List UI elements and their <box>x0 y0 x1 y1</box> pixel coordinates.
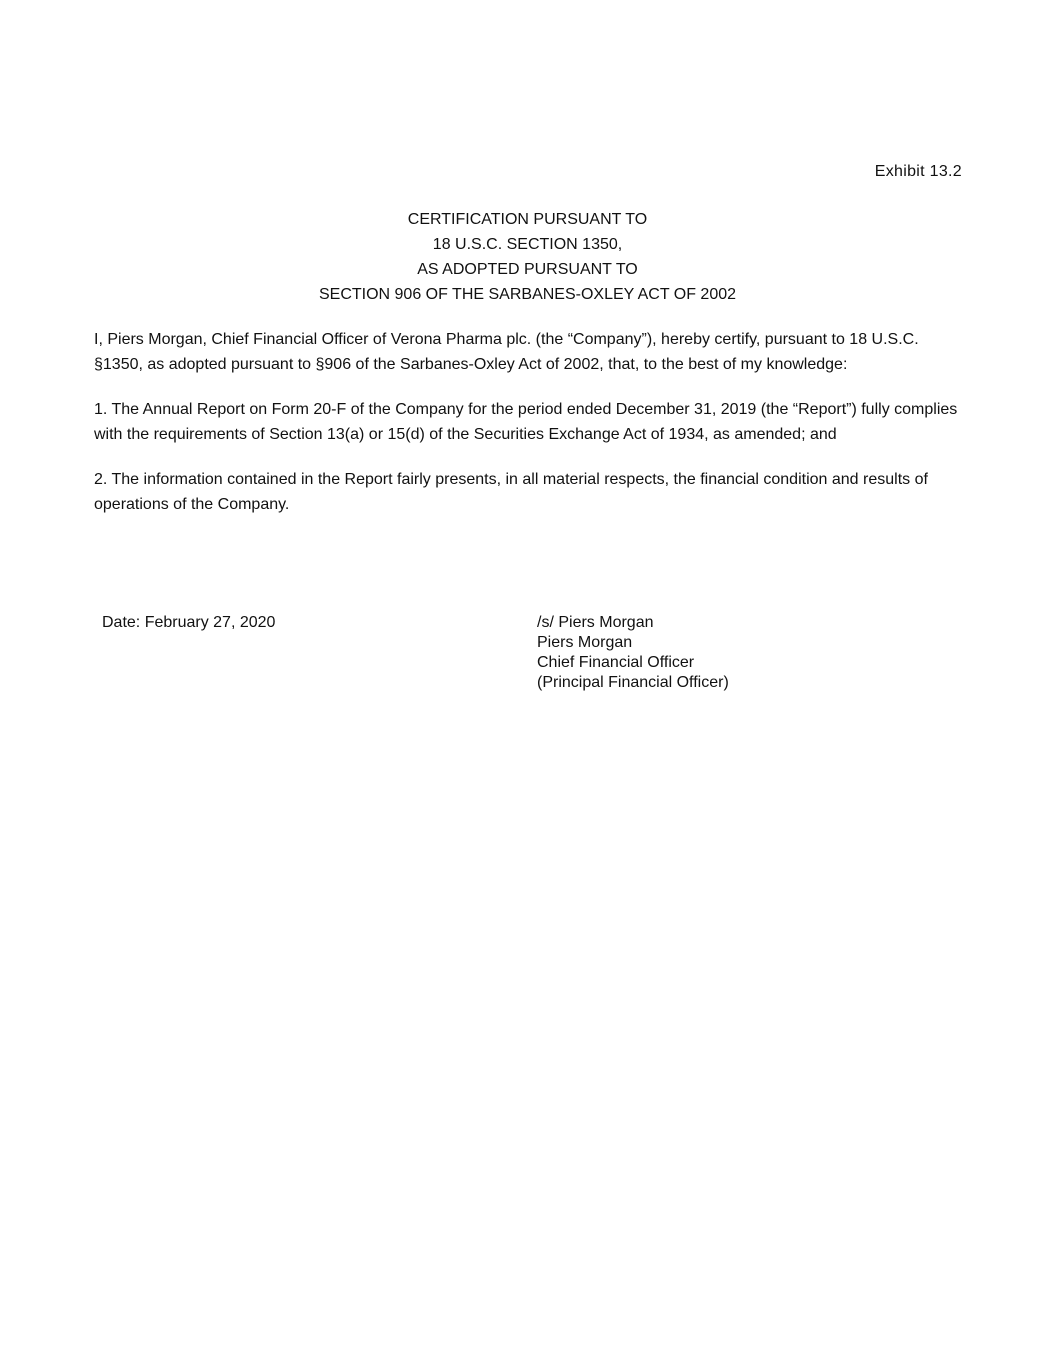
title-line-3: AS ADOPTED PURSUANT TO <box>0 257 1055 282</box>
signatory-name: Piers Morgan <box>537 633 729 653</box>
intro-paragraph: I, Piers Morgan, Chief Financial Officer… <box>94 328 969 377</box>
exhibit-label: Exhibit 13.2 <box>875 163 962 181</box>
certification-title: CERTIFICATION PURSUANT TO 18 U.S.C. SECT… <box>0 207 1055 307</box>
signatory-role: (Principal Financial Officer) <box>537 673 729 693</box>
title-line-4: SECTION 906 OF THE SARBANES-OXLEY ACT OF… <box>0 282 1055 307</box>
date-line: Date: February 27, 2020 <box>102 613 275 633</box>
signature-signed: /s/ Piers Morgan <box>537 613 729 633</box>
signature-block: /s/ Piers Morgan Piers Morgan Chief Fina… <box>537 613 729 693</box>
certification-item-1: 1. The Annual Report on Form 20-F of the… <box>94 398 969 447</box>
signatory-title: Chief Financial Officer <box>537 653 729 673</box>
certification-item-2: 2. The information contained in the Repo… <box>94 468 969 517</box>
title-line-2: 18 U.S.C. SECTION 1350, <box>0 232 1055 257</box>
title-line-1: CERTIFICATION PURSUANT TO <box>0 207 1055 232</box>
